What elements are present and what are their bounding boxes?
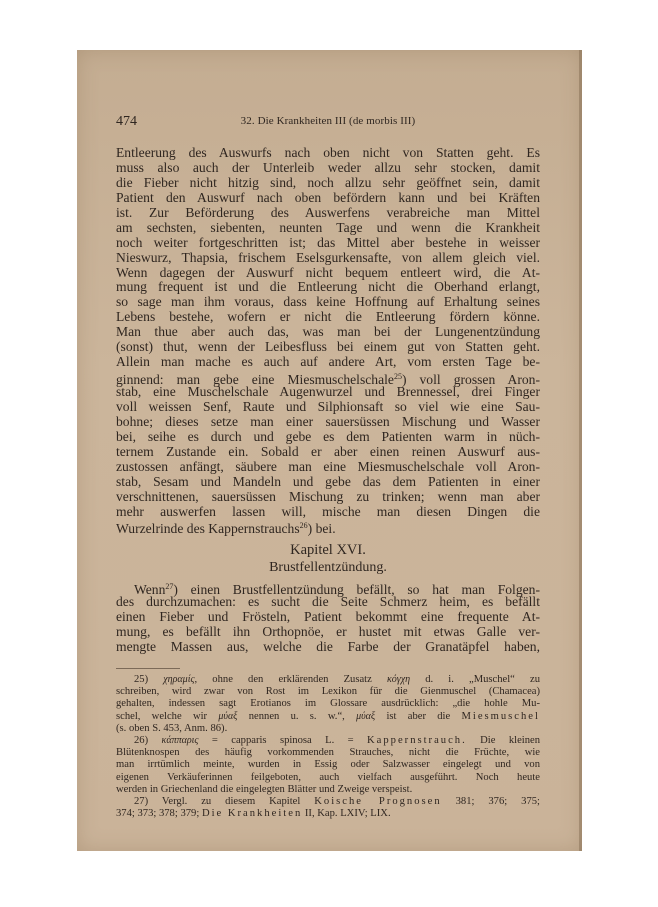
text-line: bei, seihe es durch und gebe es dem Pati… — [116, 430, 540, 445]
text-line: des durchzumachen: es sucht die Seite Sc… — [116, 595, 540, 610]
paragraph: Entleerung des Auswurfs nach oben nicht … — [116, 146, 540, 370]
text-line: Allein man mache es auch auf andere Art,… — [116, 355, 540, 370]
paragraph: stab, eine Muschelschale Augenwurzel und… — [116, 385, 540, 519]
text-line: am sechsten, siebenten, neunten Tage und… — [116, 221, 540, 236]
footnote-line: 374; 373; 378; 379; Die Krankheiten II, … — [116, 808, 540, 820]
footnotes: 25) χηραμίς, ohne den erklärenden Zusatz… — [116, 674, 540, 820]
text-line: noch weiter fortgeschritten ist; das Mit… — [116, 236, 540, 251]
text-line: mehr auswerfen lassen will, mische man d… — [116, 505, 540, 520]
running-head: 474 32. Die Krankheiten III (de morbis I… — [116, 114, 540, 132]
paragraph: des durchzumachen: es sucht die Seite Sc… — [116, 595, 540, 655]
text-line: so sage man ihm voraus, dass keine Hoffn… — [116, 295, 540, 310]
text-line: Man thue aber auch das, was man bei der … — [116, 325, 540, 340]
footnote-line: schel, welche wir μύαξ nennen u. s. w.“,… — [116, 711, 540, 723]
footnote-ref-25[interactable]: 25 — [394, 372, 402, 381]
text-line: verschnittenen, sauersüssen Mischung zu … — [116, 490, 540, 505]
footnote-26: 26) κάππαρις = capparis spinosa L. = Kap… — [116, 735, 540, 747]
footnote-lines: Blütenknospen des häufig vorkommenden St… — [116, 747, 540, 784]
text-line: einen Fieber und Frösteln, Patient bekom… — [116, 610, 540, 625]
footnote-line: gehalten, indessen sagt Erotianos im Glo… — [116, 698, 540, 710]
text-line: stab, Sesam und Mandeln und gebe das dem… — [116, 475, 540, 490]
text-line: ternem Zustande ein. Sobald er aber eine… — [116, 445, 540, 460]
footnote-divider — [116, 668, 180, 669]
text-line: Wurzelrinde des Kappernstrauchs26) bei. — [116, 519, 540, 534]
footnote-27: 27) Vergl. zu diesem Kapitel Koische Pro… — [116, 796, 540, 808]
text-line: stab, eine Muschelschale Augenwurzel und… — [116, 385, 540, 400]
body-text: Entleerung des Auswurfs nach oben nicht … — [116, 146, 540, 655]
footnote-25: 25) χηραμίς, ohne den erklärenden Zusatz… — [116, 674, 540, 686]
text-line: muss also auch der Unterleib weder allzu… — [116, 161, 540, 176]
footnote-line: schreiben, wird zwar von Rost im Lexikon… — [116, 686, 540, 698]
text-line: man irrtümlich meinte, wurden in Essig o… — [116, 759, 540, 771]
chapter-heading: Kapitel XVI. — [116, 542, 540, 559]
text-line: Nieswurz, Thapsia, frischem Eselsgurkens… — [116, 251, 540, 266]
text-line: die Fieber nicht hitzig sind, noch allzu… — [116, 176, 540, 191]
text-line: zustossen anfängt, säubere man eine Mies… — [116, 460, 540, 475]
text-line: ginnend: man gebe eine Miesmuschelschale… — [116, 370, 540, 385]
text-line: mengte Massen aus, welche die Farbe der … — [116, 640, 540, 655]
text-line: Entleerung des Auswurfs nach oben nicht … — [116, 146, 540, 161]
text-line: Lebens bestehe, wofern er nicht die Entl… — [116, 310, 540, 325]
text-line: Blütenknospen des häufig vorkommenden St… — [116, 747, 540, 759]
text-line: bohne; dieses setze man einer sauersüsse… — [116, 415, 540, 430]
text-line: (sonst) thut, wenn der Leibesfluss bei e… — [116, 340, 540, 355]
text-line: voll weissen Senf, Raute und Silphionsaf… — [116, 400, 540, 415]
chapter-subheading: Brustfellentzündung. — [116, 559, 540, 576]
book-page: 474 32. Die Krankheiten III (de morbis I… — [77, 50, 582, 851]
text-line: ist. Zur Beförderung des Auswerfens vera… — [116, 206, 540, 221]
text-line: eigenen Verkäuferinnen feilgeboten, auch… — [116, 772, 540, 784]
footnote-ref-26[interactable]: 26 — [300, 521, 308, 530]
text-line: Wenn27) einen Brustfellentzündung befäll… — [116, 580, 540, 595]
text-line: mung frequent ist und die Entleerung nic… — [116, 280, 540, 295]
text-line: Wenn dagegen der Auswurf nicht bequem en… — [116, 266, 540, 281]
footnote-line: (s. oben S. 453, Anm. 86). — [116, 723, 540, 735]
text-line: mung, es befällt ihn Orthopnöe, er huste… — [116, 625, 540, 640]
footnote-line: werden in Griechenland die eingelegten B… — [116, 784, 540, 796]
running-title: 32. Die Krankheiten III (de morbis III) — [116, 115, 540, 127]
text-line: Patient den Auswurf nach oben befördern … — [116, 191, 540, 206]
